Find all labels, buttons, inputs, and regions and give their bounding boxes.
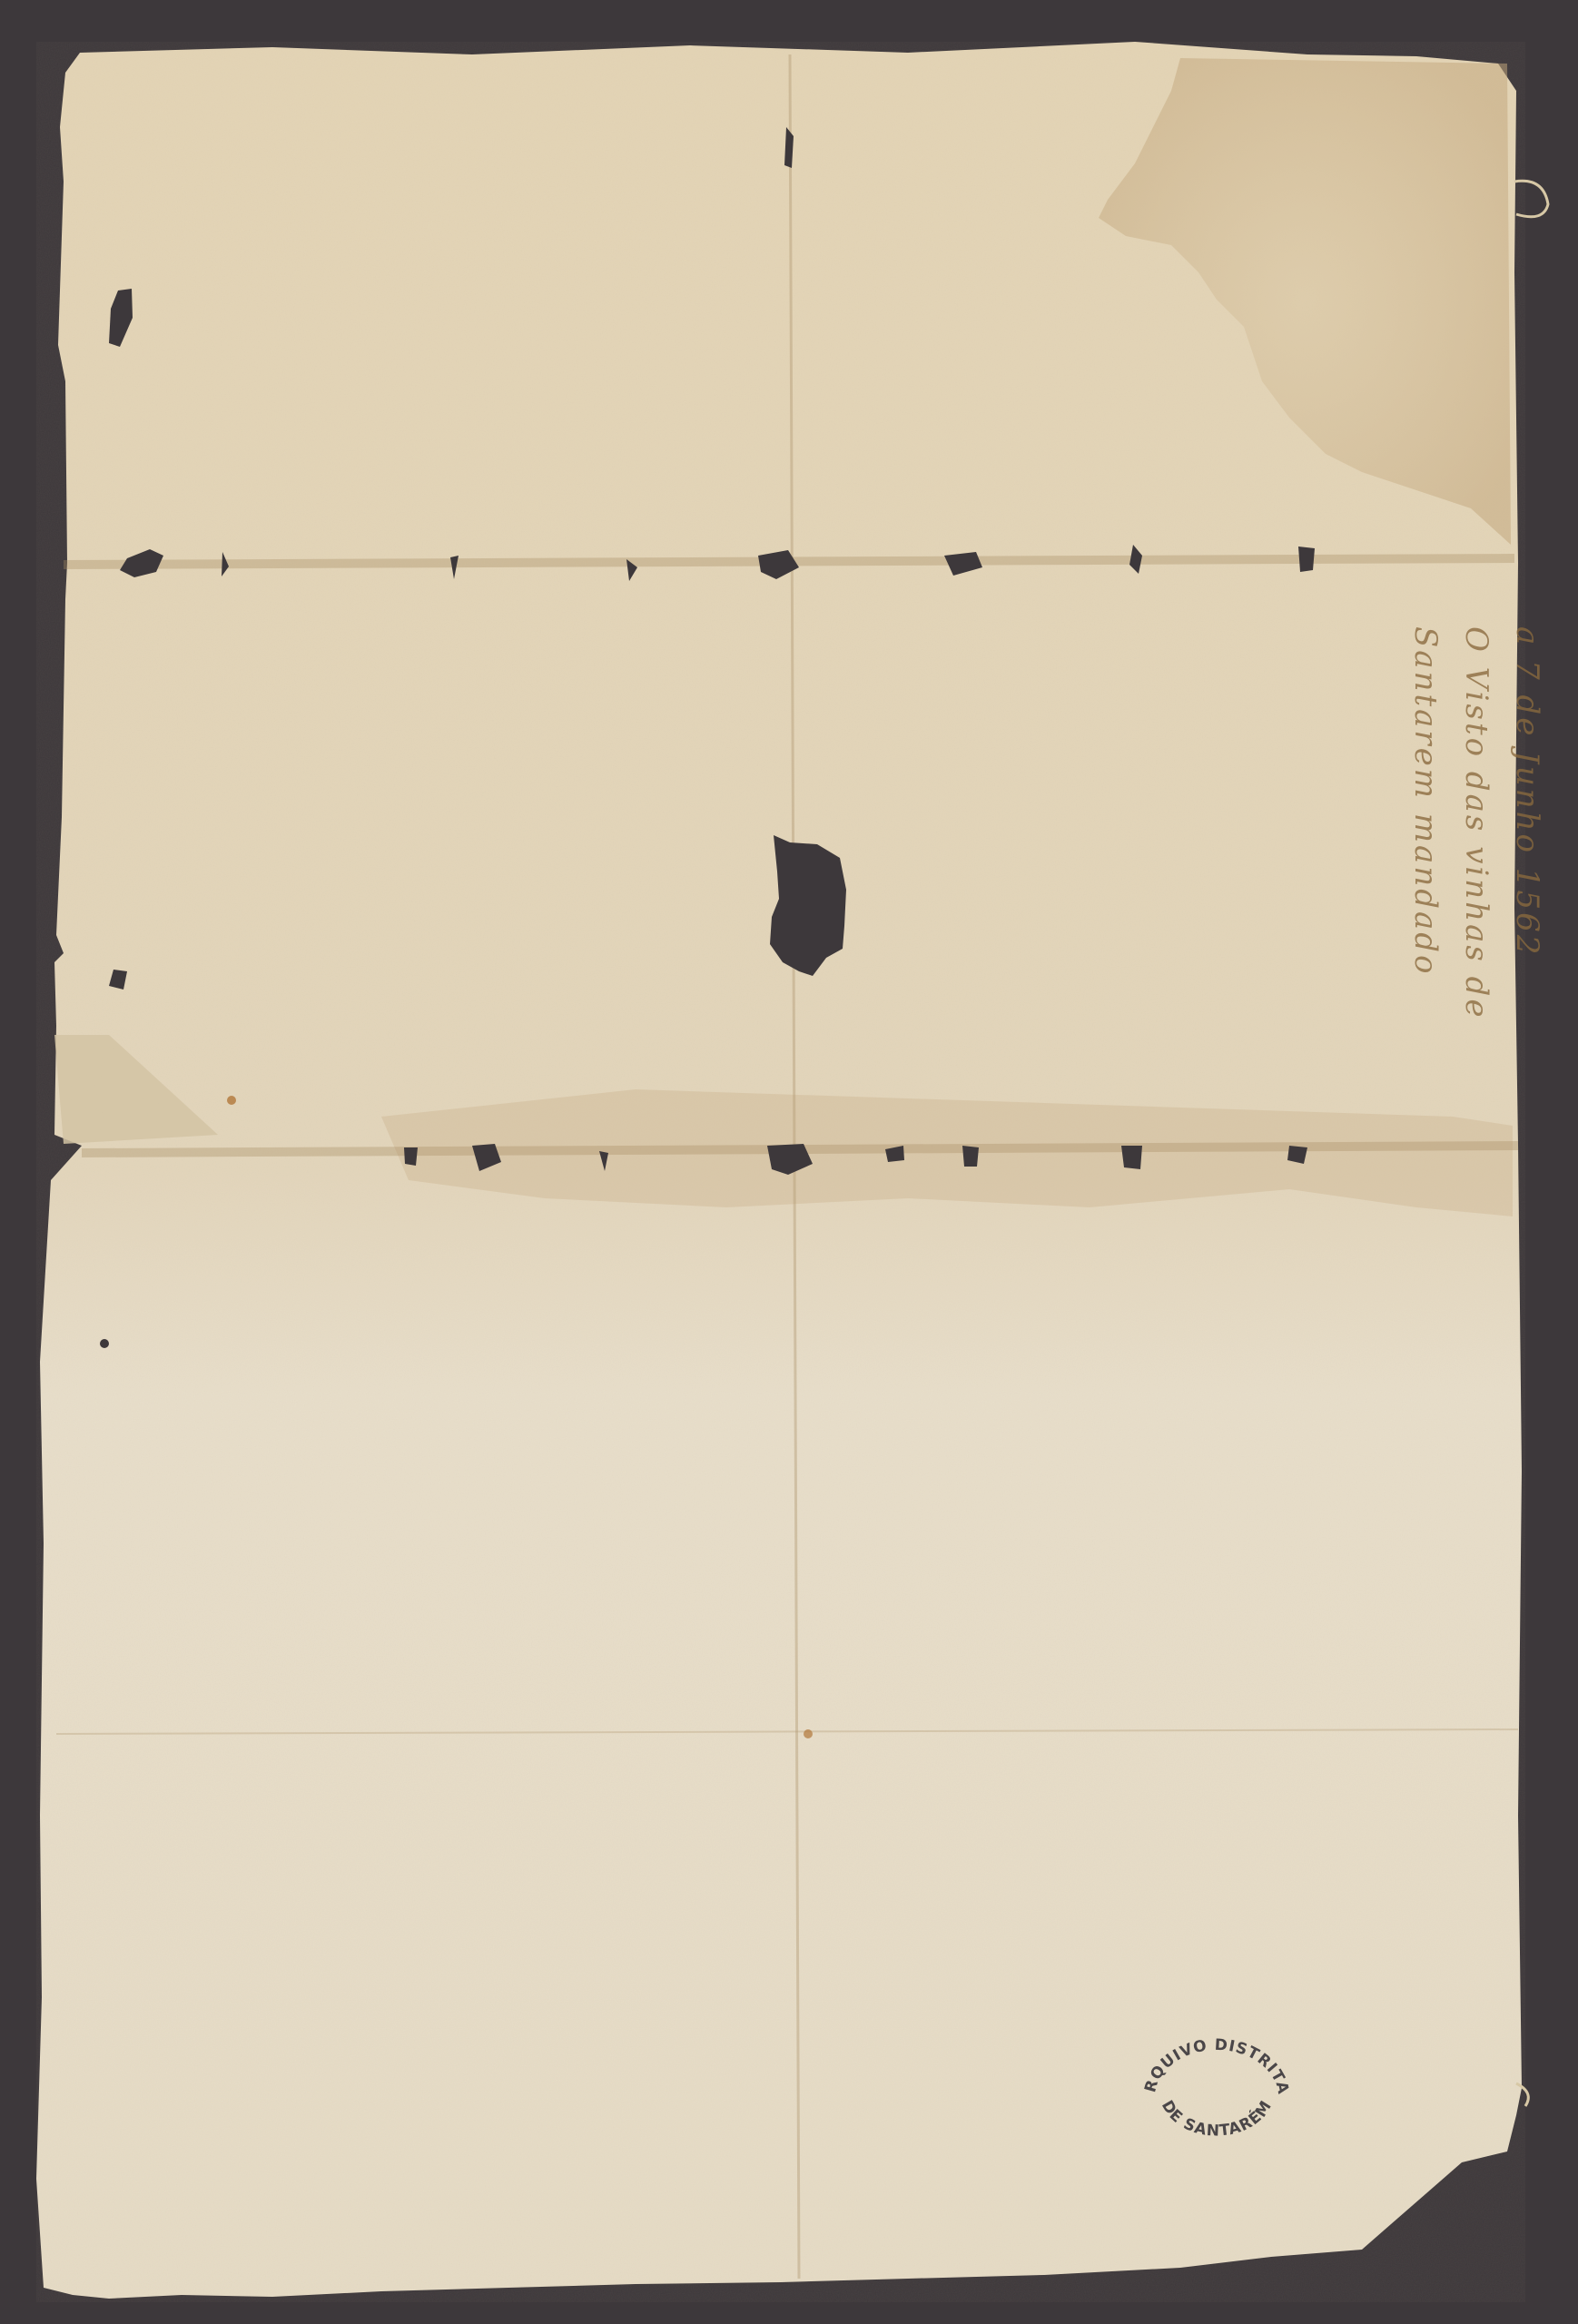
archive-stamp: ARQUIVO DISTRITAL - DE SANTARÉM - (1135, 2026, 1298, 2153)
handwritten-annotation: a 7 de Junho 1562 O Visto das vinhas de … (1353, 626, 1553, 1026)
annotation-line-2: O Visto das vinhas de (1451, 626, 1502, 1026)
document-photo: a 7 de Junho 1562 O Visto das vinhas de … (0, 0, 1578, 2324)
annotation-line-3: Santarem mandado (1400, 626, 1451, 1026)
paper-sheet (0, 0, 1578, 2324)
annotation-line-1: a 7 de Junho 1562 (1502, 626, 1553, 1026)
stamp-icon: ARQUIVO DISTRITAL - DE SANTARÉM - (1135, 2026, 1298, 2153)
stamp-top-text: ARQUIVO DISTRITAL (1135, 2026, 1292, 2096)
